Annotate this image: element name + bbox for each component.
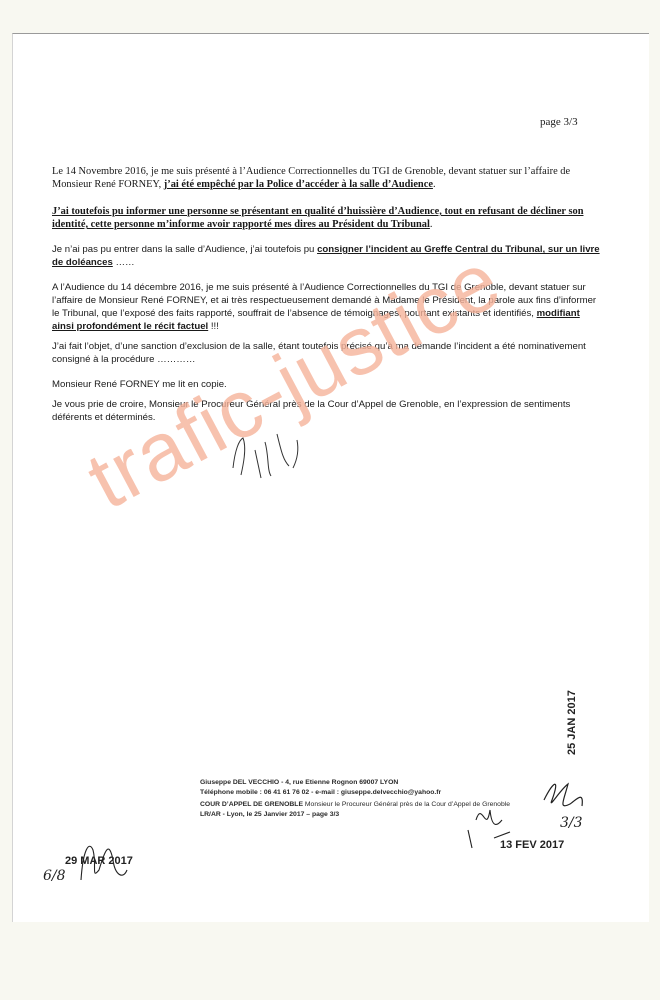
handwritten-folio-right: 3/3 bbox=[560, 815, 583, 831]
received-stamp-january: 25 JAN 2017 bbox=[566, 690, 578, 755]
received-stamp-march: 29 MAR 2017 bbox=[65, 855, 133, 867]
paragraph-usher: J’ai toutefois pu informer une personne … bbox=[52, 205, 600, 231]
paragraph-tail: …… bbox=[113, 257, 135, 268]
paragraph-text: Je n’ai pas pu entrer dans la salle d’Au… bbox=[52, 244, 317, 255]
handwritten-folio-left: 6/8 bbox=[43, 868, 66, 884]
paragraph-emphasis: J’ai toutefois pu informer une personne … bbox=[52, 206, 583, 230]
paragraph-complaint-book: Je n’ai pas pu entrer dans la salle d’Au… bbox=[52, 243, 600, 269]
paragraph-tail: . bbox=[430, 219, 433, 230]
received-stamp-february: 13 FEV 2017 bbox=[500, 839, 564, 851]
footer-address: Giuseppe DEL VECCHIO - 4, rue Etienne Ro… bbox=[200, 778, 510, 788]
paragraph-november-hearing: Le 14 Novembre 2016, je me suis présenté… bbox=[52, 165, 600, 191]
footer-court: COUR D’APPEL DE GRENOBLE bbox=[200, 801, 303, 808]
paragraph-tail: !!! bbox=[208, 321, 219, 332]
page-number: page 3/3 bbox=[540, 116, 578, 128]
paragraph-emphasis: j’ai été empêché par la Police d’accéder… bbox=[164, 179, 433, 190]
paragraph-tail: . bbox=[433, 179, 436, 190]
